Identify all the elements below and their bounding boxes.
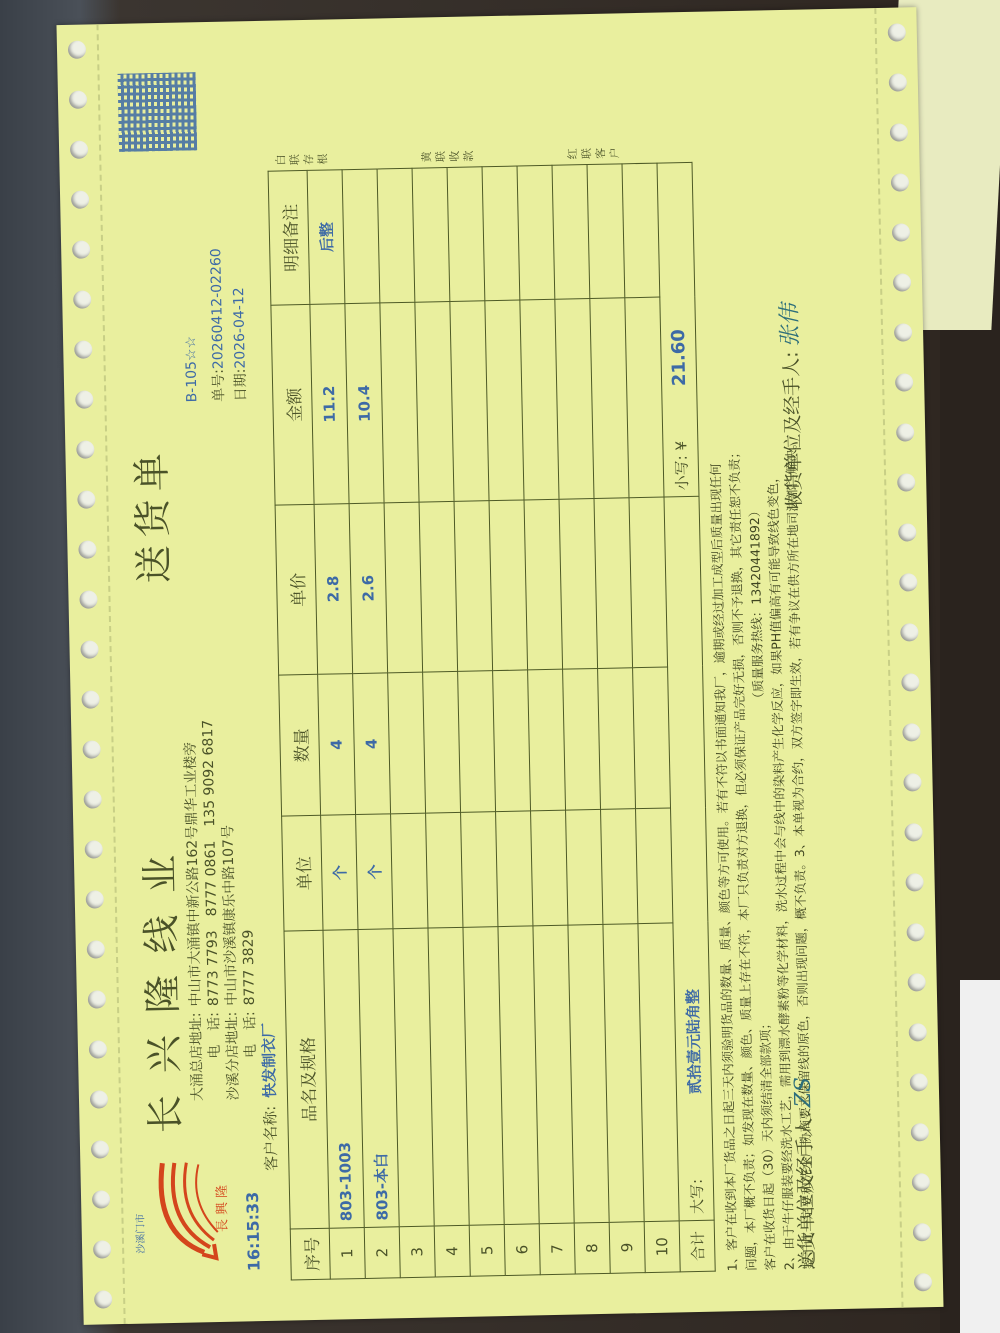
copy-label-yellow: 黄联收款 bbox=[420, 147, 476, 162]
receiver-label: 收货单位及经手人: bbox=[780, 351, 805, 510]
company-name: 长兴隆线业 bbox=[128, 833, 189, 1134]
copy-label-red: 红联客户 bbox=[566, 144, 622, 159]
print-time: 16:15:33 bbox=[243, 1192, 264, 1272]
customer-label: 客户名称: bbox=[261, 1106, 280, 1171]
row-no: 4 bbox=[434, 1225, 470, 1277]
sender-signature-line: 送货单位及经手人:ZS bbox=[789, 1077, 820, 1270]
total-lower-cell: 小写: ¥ 21.60 bbox=[657, 162, 699, 497]
row-no: 10 bbox=[644, 1221, 680, 1273]
sender-signature: ZS bbox=[791, 1077, 817, 1108]
order-no-label: 单号: bbox=[211, 369, 228, 402]
receiver-signature: 张伟 bbox=[777, 303, 803, 348]
row-no: 9 bbox=[609, 1222, 645, 1274]
order-no-value: 20260412-02260 bbox=[208, 248, 227, 369]
copy-label-white: 白联存根 bbox=[274, 150, 330, 165]
col-no: 序号 bbox=[290, 1228, 330, 1280]
row-price: 2.6 bbox=[349, 503, 388, 673]
form-body: 沙溪门市 長興隆 16:15:33 长兴隆线业 送货单 大涌总店地址:中山市大涌… bbox=[107, 48, 892, 1284]
row-no: 7 bbox=[539, 1223, 575, 1275]
receiver-signature-line: 收货单位及经手人:张伟 bbox=[772, 303, 807, 510]
row-note: 后整 bbox=[307, 170, 345, 305]
total-lower-label: 小写: ¥ bbox=[672, 441, 691, 491]
customer-name: 快发制衣厂 bbox=[259, 1023, 279, 1098]
row-no: 8 bbox=[574, 1222, 610, 1274]
document-title: 送货单 bbox=[120, 445, 178, 584]
col-note: 明细备注 bbox=[268, 170, 310, 305]
row-note bbox=[342, 169, 380, 304]
row-qty: 4 bbox=[318, 673, 356, 815]
row-unit: 个 bbox=[321, 815, 358, 930]
order-date: 日期:2026-04-12 bbox=[228, 287, 250, 401]
row-no: 5 bbox=[469, 1224, 505, 1276]
col-name: 品名及规格 bbox=[284, 930, 329, 1229]
branch-phone: 8777 3829 bbox=[240, 929, 258, 1005]
col-amount: 金额 bbox=[271, 304, 314, 505]
form-code: B-105☆☆ bbox=[183, 336, 200, 403]
total-upper-label: 大写: bbox=[687, 1179, 706, 1214]
company-logo: 沙溪门市 長興隆 bbox=[130, 1152, 242, 1274]
form-header: 沙溪门市 長興隆 16:15:33 长兴隆线业 送货单 大涌总店地址:中山市大涌… bbox=[107, 61, 283, 1284]
total-lower-value: 21.60 bbox=[667, 329, 689, 386]
sender-label: 送货单位及经手人: bbox=[793, 1111, 818, 1270]
row-amount: 10.4 bbox=[345, 303, 384, 504]
delivery-note: 沙溪门市 長興隆 16:15:33 长兴隆线业 送货单 大涌总店地址:中山市大涌… bbox=[56, 7, 943, 1325]
qr-code-icon bbox=[118, 72, 198, 152]
row-no: 6 bbox=[504, 1224, 540, 1276]
row-price: 2.8 bbox=[314, 504, 353, 674]
customer-line: 客户名称:快发制衣厂 bbox=[257, 1023, 281, 1171]
col-unit: 单位 bbox=[282, 816, 323, 931]
col-qty: 数量 bbox=[279, 674, 321, 816]
date-label: 日期: bbox=[233, 368, 250, 401]
items-table: 序号 品名及规格 单位 数量 单价 金额 明细备注 1 803-1003 个 4… bbox=[268, 162, 716, 1281]
row-no: 3 bbox=[399, 1226, 435, 1278]
order-number: 单号:20260412-02260 bbox=[205, 248, 228, 402]
row-qty: 4 bbox=[353, 673, 391, 815]
row-amount: 11.2 bbox=[310, 304, 349, 505]
row-no: 1 bbox=[329, 1227, 365, 1279]
date-value: 2026-04-12 bbox=[231, 287, 249, 369]
row-no: 2 bbox=[364, 1227, 400, 1279]
total-upper-value: 贰拾壹元陆角整 bbox=[683, 989, 703, 1094]
row-unit: 个 bbox=[356, 814, 393, 929]
background-paper-edge bbox=[960, 980, 1000, 1333]
col-price: 单价 bbox=[275, 505, 318, 675]
total-label: 合计 bbox=[679, 1220, 715, 1272]
logo-brand: 長興隆 bbox=[211, 1181, 231, 1232]
branch-address: 中山市沙溪镇康乐中路107号 bbox=[220, 825, 240, 1006]
